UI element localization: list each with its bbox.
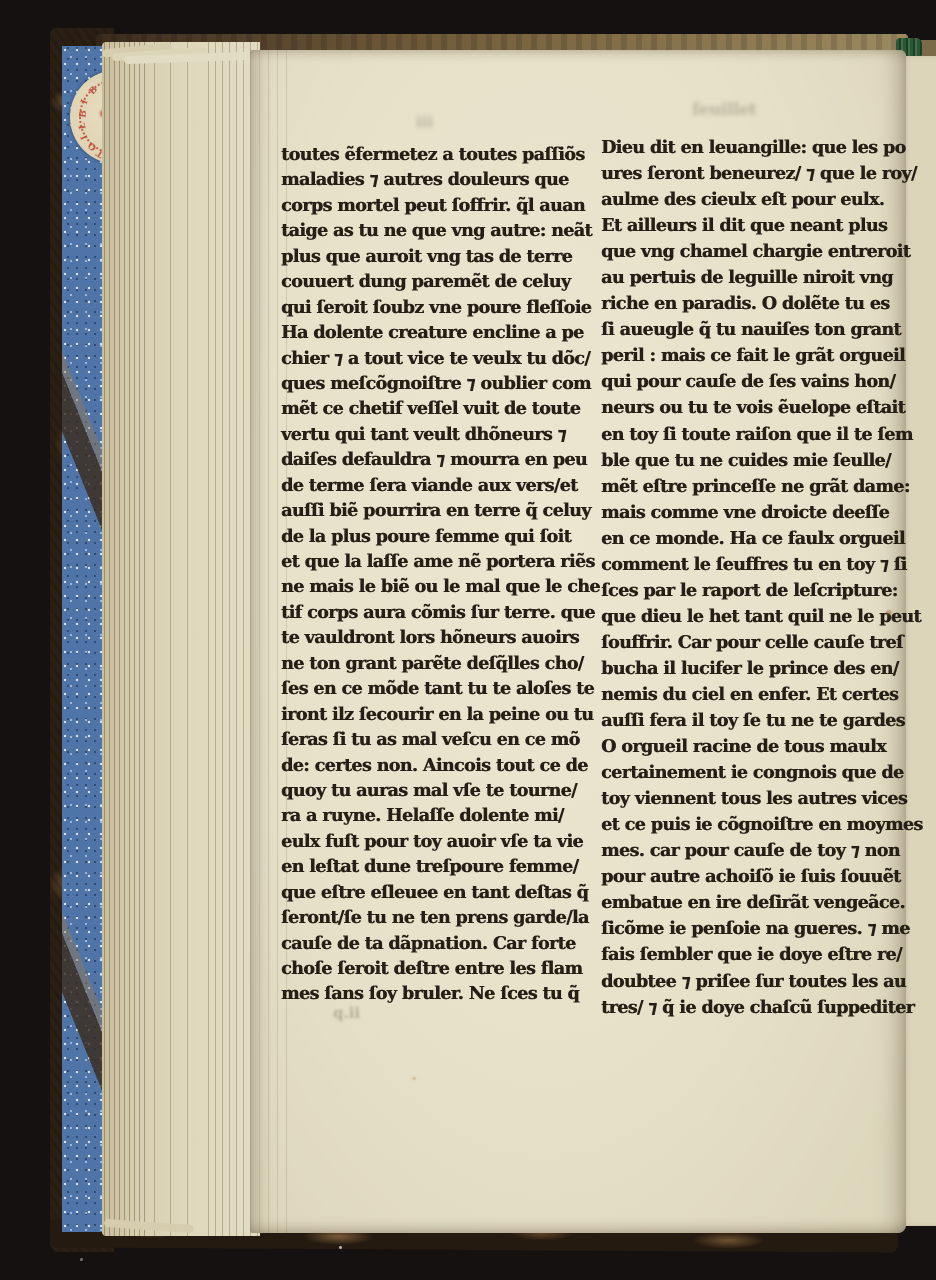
- text-line: de la plus poure femme qui ſoit: [281, 526, 582, 551]
- text-line: Dieu dit en leuangille: que les po: [601, 137, 892, 163]
- right-column: Dieu dit en leuangille: que les poures ſ…: [601, 137, 901, 1023]
- edge-line: [187, 42, 188, 1236]
- text-line: doubtee ⁊ priſee ſur toutes les au: [601, 971, 892, 997]
- text-line: et ce puis ie cõgnoiſtre en moymes: [601, 814, 892, 840]
- text-line: tif corps aura cõmis ſur terre. que: [281, 602, 582, 627]
- foxing-dot: [412, 1077, 416, 1080]
- text-line: couuert dung paremẽt de celuy: [281, 271, 582, 296]
- edge-line: [170, 42, 171, 1236]
- text-line: ra a ruyne. Helaſſe dolente mi/: [281, 805, 582, 830]
- text-line: comment le ſeuffres tu en toy ⁊ ſi: [601, 554, 892, 580]
- text-line: daiſes defauldra ⁊ mourra en peu: [281, 449, 582, 474]
- text-line: mais comme vne droicte deeſſe: [601, 502, 892, 528]
- text-line: ures ſeront beneurez/ ⁊ que le roy/: [601, 163, 892, 189]
- text-line: ſeras ſi tu as mal veſcu en ce mõ: [281, 729, 582, 754]
- stamp-letter: B: [78, 110, 89, 119]
- text-line: toy viennent tous les autres vices: [601, 788, 892, 814]
- text-line: Et ailleurs il dit que neant plus: [601, 215, 892, 241]
- left-column: toutes ẽfermetez a toutes paſſiõsmaladie…: [281, 144, 591, 1009]
- text-line: ſouffrir. Car pour celle cauſe treſ: [601, 632, 892, 658]
- text-line: neurs ou tu te vois ẽuelope eſtait: [601, 397, 892, 423]
- page-edge-stack: [102, 42, 260, 1236]
- text-line: ſi aueugle q̃ tu nauiſes ton grant: [601, 319, 892, 345]
- text-line: mes ſans ſoy bruler. Ne ſces tu q̃: [281, 983, 582, 1008]
- text-line: qui pour cauſe de ſes vains hon/: [601, 371, 892, 397]
- text-line: de: certes non. Aincois tout ce de: [281, 755, 582, 780]
- text-line: peril : mais ce fait le grãt orgueil: [601, 345, 892, 371]
- text-line: vertu qui tant veult dhõneurs ⁊: [281, 424, 582, 449]
- text-line: que eſtre eſleuee en tant deſtas q̃: [281, 882, 582, 907]
- text-line: riche en paradis. O dolẽte tu es: [601, 293, 892, 319]
- text-line: nemis du ciel en enfer. Et certes: [601, 684, 892, 710]
- text-line: plus que auroit vng tas de terre: [281, 246, 582, 271]
- text-line: ne mais le biẽ ou le mal que le che: [281, 576, 582, 601]
- text-line: qui ſeroit ſoubz vne poure fleſſoie: [281, 297, 582, 322]
- text-line: O orgueil racine de tous maulx: [601, 736, 892, 762]
- text-line: chier ⁊ a tout vice te veulx tu dõc/: [281, 348, 582, 373]
- text-line: en toy ſi toute raiſon que il te ſem: [601, 424, 892, 450]
- text-line: ſes en ce mõde tant tu te aloſes te: [281, 678, 582, 703]
- text-line: Ha dolente creature encline a pe: [281, 322, 582, 347]
- text-line: mẽt eſtre princeſſe ne grãt dame:: [601, 476, 892, 502]
- text-line: en ce monde. Ha ce faulx orgueil: [601, 528, 892, 554]
- text-line: pour autre achoiſõ ie ſuis ſouuẽt: [601, 866, 892, 892]
- text-line: eulx fuſt pour toy auoir vſe ta vie: [281, 831, 582, 856]
- text-line: ſicõme ie penſoie na gueres. ⁊ me: [601, 918, 892, 944]
- text-line: maladies ⁊ autres douleurs que: [281, 169, 582, 194]
- text-line: choſe ſeroit deſtre entre les flam: [281, 958, 582, 983]
- text-line: auſſi fera il toy ſe tu ne te gardes: [601, 710, 892, 736]
- photo-background: B I B L I O T iii feuillet q.ii toutes ẽ…: [0, 0, 936, 1280]
- text-line: au pertuis de leguille niroit vng: [601, 267, 892, 293]
- text-line: toutes ẽfermetez a toutes paſſiõs: [281, 144, 582, 169]
- text-line: mes. car pour cauſe de toy ⁊ non: [601, 840, 892, 866]
- text-line: certainement ie congnois que de: [601, 762, 892, 788]
- text-line: embatue en ire deſirãt vengeãce.: [601, 892, 892, 918]
- dust-speck: [339, 1246, 342, 1249]
- text-line: que dieu le het tant quil ne le peut: [601, 606, 892, 632]
- dust-speck: [80, 1258, 83, 1261]
- text-line: taige as tu ne que vng autre: neãt: [281, 220, 582, 245]
- text-line: ſces par le raport de leſcripture:: [601, 580, 892, 606]
- showthrough-right-header: feuillet: [692, 100, 757, 120]
- text-line: de terme ſera viande aux vers/et: [281, 475, 582, 500]
- foxing-dot: [886, 610, 892, 615]
- text-line: ques meſcõgnoiſtre ⁊ oublier com: [281, 373, 582, 398]
- text-line: fais ſembler que ie doye eſtre re/: [601, 944, 892, 970]
- edge-lines-outer: [104, 42, 148, 1236]
- showthrough-left-header: iii: [416, 113, 433, 131]
- text-line: en leſtat dune treſpoure femme/: [281, 856, 582, 881]
- text-line: aulme des cieulx eſt pour eulx.: [601, 189, 892, 215]
- text-line: ſeront/ſe tu ne ten prens garde/la: [281, 907, 582, 932]
- text-line: corps mortel peut ſoffrir. q̃l auan: [281, 195, 582, 220]
- text-line: quoy tu auras mal vſe te tourne/: [281, 780, 582, 805]
- edge-line: [154, 42, 155, 1236]
- text-line: tres/ ⁊ q̃ ie doye chaſcũ ſuppediter: [601, 997, 892, 1023]
- text-line: te vauldront lors hõneurs auoirs: [281, 627, 582, 652]
- text-line: ble que tu ne cuides mie ſeulle/: [601, 450, 892, 476]
- text-line: ne ton grant parẽte deſq̃lles cho/: [281, 653, 582, 678]
- text-line: et que la laſſe ame nẽ portera riẽs: [281, 551, 582, 576]
- text-line: mẽt ce chetif veſſel vuit de toute: [281, 398, 582, 423]
- text-line: auſſi biẽ pourrira en terre q̃ celuy: [281, 500, 582, 525]
- text-line: que vng chamel chargie entreroit: [601, 241, 892, 267]
- text-line: cauſe de ta dãpnation. Car forte: [281, 933, 582, 958]
- text-line: bucha il lucifer le prince des en/: [601, 658, 892, 684]
- text-line: iront ilz ſecourir en la peine ou tu: [281, 704, 582, 729]
